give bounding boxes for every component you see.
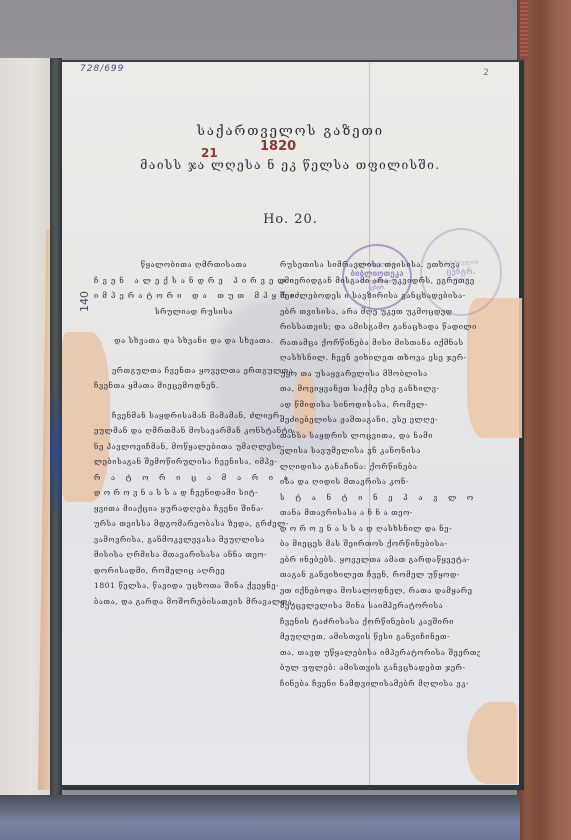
text-line: თანა მთავრისასა ა ნ ნ ა თეო- bbox=[280, 508, 480, 524]
text-line: მეუღლეთ, ამისთვის წესი განვიჩინეთ- bbox=[280, 632, 480, 648]
text-line: ს ტ ა ნ ტ ი ნ ე პ ა ვ ლ ო ვ ი ჩ ი ს ა ღღ… bbox=[280, 493, 480, 509]
text-line: თა, თავდ უწყალებისა იმპერატორისა შეერთე- bbox=[280, 648, 480, 664]
masthead-title: საქართველოს გაზეთი bbox=[62, 124, 519, 139]
text-line: ჩინება ჩვენი ნამდვილისამებრ მღლისა ეკ- bbox=[280, 679, 480, 695]
text-line: წყალობითა ღმრთისათა bbox=[94, 260, 294, 276]
issue-number: Ho. 20. bbox=[62, 212, 519, 227]
text-line: თა, მოვიყვანეთ საქმე ესე განხილვ- bbox=[280, 384, 480, 400]
text-line: და სხვათა და სხვანი და და სხვათა. bbox=[94, 336, 294, 352]
text-line: ეთ იქნებოდა მოსალოდნელ, რათა დამყარე bbox=[280, 586, 480, 602]
display-case-backdrop bbox=[0, 0, 520, 58]
text-line: მისისა ღრმისა მთავარისასა ანნა თეო- bbox=[94, 550, 294, 566]
text-line: იმპერატორი და თუთ მპყრობელი bbox=[94, 291, 294, 307]
text-line: 1801 წელსა, წავიდა უცხოთა შინა ქვეყნე- bbox=[94, 581, 294, 597]
text-line: ყვითა მიაქცია ყურადღება ჩვენი შინა- bbox=[94, 504, 294, 520]
margin-page-number: 140 bbox=[78, 291, 91, 312]
text-line: ჩვენთა ყმათა მიეცემოდნენ. bbox=[94, 381, 294, 397]
left-text-column: წყალობითა ღმრთისათაჩვენ ალექსანდრე პირვე… bbox=[94, 260, 294, 612]
text-line: ბათა, და გარდა მოშორებისათვის მრავალთა. bbox=[94, 597, 294, 613]
text-line: შეიძლებოდეს ი სავზირისა განცხადებისა- bbox=[280, 291, 480, 307]
text-line: ლებისაგან შემოწირულისა ჩვენისა, იმპე- bbox=[94, 457, 294, 473]
text-line: ნე პავლოვიჩმან, მოწყალებითა უმაღლესი- bbox=[94, 442, 294, 458]
text-line: ჩვენის ტაძრისასა ქორწინების კავშირი bbox=[280, 617, 480, 633]
text-line: ისა და ღიდის მთავრისა კონ- bbox=[280, 477, 480, 493]
text-line: ებრ ინებებს. ყოველთა ამათ გარდაწყვეტა- bbox=[280, 555, 480, 571]
text-line: რ ა ტ ო რ ი ც ა მ ა რ ი ა მ თ ე ო - bbox=[94, 473, 294, 489]
dateline-prefix: მაისს bbox=[140, 158, 182, 172]
text-line: ად წმიდისა სინოდისასა, რომელ- bbox=[280, 400, 480, 416]
text-line: ჩვენ ალექსანდრე პირველი bbox=[94, 276, 294, 292]
dateline-middle: ლღესა ნ ეკ bbox=[211, 158, 298, 172]
paragraph-gap bbox=[94, 322, 294, 336]
book-binding-spine bbox=[50, 58, 62, 796]
text-line: ებრ თვისისა, არა მღე უკეთ უკმოცდედ bbox=[280, 307, 480, 323]
text-line: დორისადმი, რომელიც აღრეე bbox=[94, 566, 294, 582]
text-line: დ ო რ ო ვ ნ ა ს ს ა დ ჩვენიდამი სიტ- bbox=[94, 488, 294, 504]
display-case-base bbox=[0, 795, 520, 840]
right-text-column: რუსეთისა სიმრავლისა თვისისა. ეთხოვაამიერ… bbox=[280, 260, 480, 694]
wooden-frame bbox=[517, 0, 571, 840]
text-line: ჩვენმან საყდრისამან მამამან, ძლიერ- bbox=[94, 411, 294, 427]
text-line: შეუცვლელისა შინა საიმპერატორისა bbox=[280, 601, 480, 617]
paragraph-gap bbox=[94, 397, 294, 411]
text-line: ელისა სავუმელისა ვნ კანონისა bbox=[280, 446, 480, 462]
paper-repair-patch bbox=[467, 702, 517, 784]
text-line: უყო თა უსაყვარელისა მშობლისა bbox=[280, 369, 480, 385]
shelf-mark: 728/699 bbox=[80, 64, 124, 74]
text-line: ვამოვრისა, განმოკვლევასა მეუღლისა bbox=[94, 535, 294, 551]
text-line: დ ო რ ო ვ ნ ა ს ს ა დ ღასხსნილ და ნე- bbox=[280, 524, 480, 540]
paragraph-gap bbox=[94, 352, 294, 366]
dateline-day: ჯა bbox=[188, 158, 206, 172]
text-line: ბა მიეცეს მას შეირთოს ქორწინებისა- bbox=[280, 539, 480, 555]
text-line: რათამცა ქორწინება მისი მისთანა იქმნას bbox=[280, 338, 480, 354]
text-line: რუსეთისა სიმრავლისა თვისისა. ეთხოვა bbox=[280, 260, 480, 276]
page-corner-number: 2 bbox=[483, 68, 489, 78]
text-line: მეძიებელისა ჟამთაგანი, ესე ელღე- bbox=[280, 415, 480, 431]
text-line: ამიერიდგან მისგამი არა უკვიდრს, ეგრეთვე bbox=[280, 276, 480, 292]
text-line: თაგან განვიხილეთ ჩვენ, რომელ უწყოდ- bbox=[280, 570, 480, 586]
text-line: ურსა თვისსა მდგომარეობასა ზედა, გრძელ- bbox=[94, 519, 294, 535]
text-line: ღასხსნილ. ჩვენ ვიხილეთ თხოვა ესე ჯერ- bbox=[280, 353, 480, 369]
text-line: ლღიდისა განაჩინა: ქორწინება bbox=[280, 462, 480, 478]
dateline: მაისს ჯა ლღესა ნ ეკ წელსა თფილისში. bbox=[62, 158, 519, 172]
text-line: ბულ უფლებ: ამისთვის განვცხადებთ ჯერ- bbox=[280, 663, 480, 679]
text-line: ერთგულთა ჩვენთა ყოველთა ერთგულთა bbox=[94, 366, 294, 382]
dateline-suffix: წელსა თფილისში. bbox=[303, 158, 441, 172]
text-line: რისსათვის; და ამისგამო განაცხადა წადილი bbox=[280, 322, 480, 338]
handwritten-year: 1820 bbox=[260, 139, 296, 154]
text-line: თანსა საყდრის ლოცვითა, და ნამი bbox=[280, 431, 480, 447]
newspaper-page: 728/699 2 საქართველოს გაზეთი 21 1820 მაი… bbox=[62, 60, 524, 790]
text-line: სრულიად რუსისა bbox=[94, 307, 294, 323]
text-line: ეულმან და ღმრთმან მოსავარმან კონსტანტი- bbox=[94, 426, 294, 442]
